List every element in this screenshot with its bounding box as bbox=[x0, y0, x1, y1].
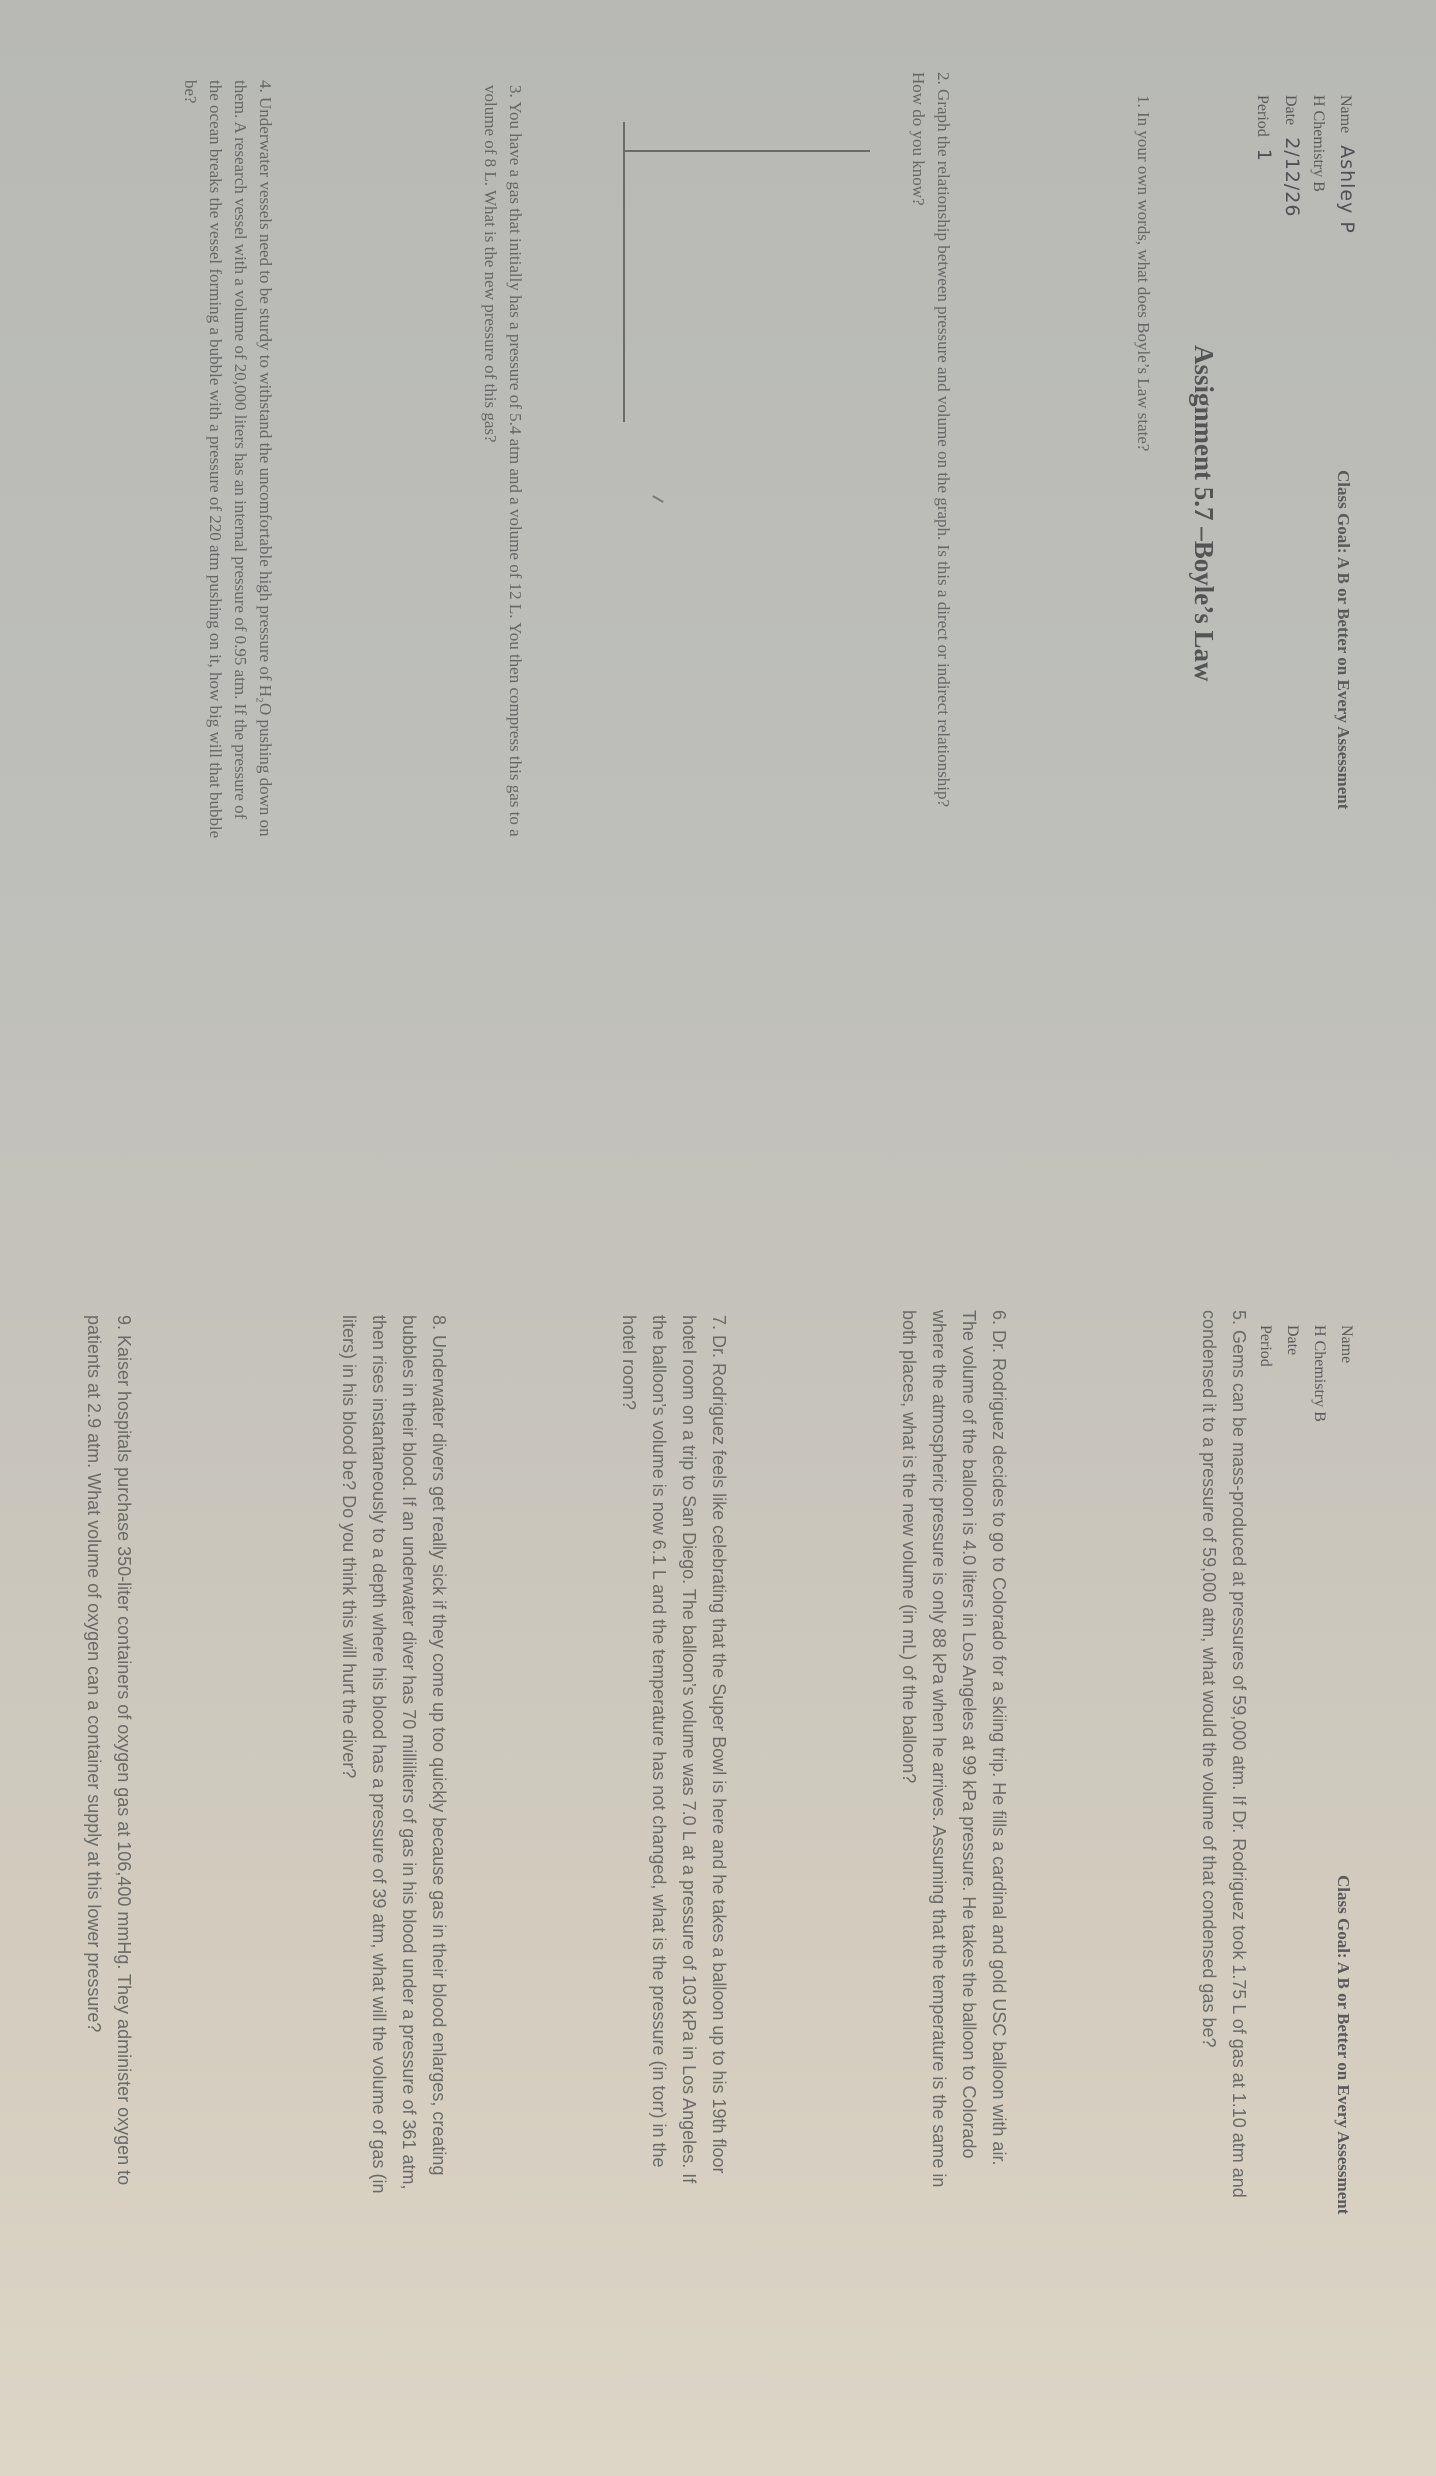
right-course-label: H Chemistry B bbox=[1306, 1325, 1333, 1422]
right-name-label: Name bbox=[1333, 1325, 1360, 1422]
graph-y-axis bbox=[625, 150, 870, 152]
question-3: 3. You have a gas that initially has a p… bbox=[478, 85, 528, 837]
question-9: 9. Kaiser hospitals purchase 350-liter c… bbox=[79, 1315, 139, 2185]
period-label: Period bbox=[1254, 95, 1271, 137]
assignment-title: Assignment 5.7 –Boyle’s Law bbox=[1191, 345, 1216, 682]
question-6: 6. Dr. Rodriguez decides to go to Colora… bbox=[894, 1310, 1014, 2187]
question-4: 4. Underwater vessels need to be sturdy … bbox=[178, 80, 278, 838]
date-line: Date 2/12/26 bbox=[1277, 95, 1305, 234]
right-header: Name H Chemistry B Date Period bbox=[1252, 1325, 1360, 1422]
course-label: H Chemistry B bbox=[1305, 95, 1332, 234]
worksheet-photo: Name Ashley P H Chemistry B Date 2/12/26… bbox=[0, 0, 1436, 2476]
question-7: 7. Dr. Rodriguez feels like celebrating … bbox=[614, 1315, 734, 2183]
period-line: Period 1 bbox=[1249, 95, 1277, 234]
question-1: 1. In your own words, what does Boyle’s … bbox=[1131, 95, 1156, 451]
right-date-label: Date bbox=[1279, 1325, 1306, 1422]
name-label: Name bbox=[1337, 95, 1354, 133]
pencil-mark bbox=[652, 495, 663, 503]
left-header: Name Ashley P H Chemistry B Date 2/12/26… bbox=[1249, 95, 1360, 234]
question-5: 5. Gems can be mass-produced at pressure… bbox=[1194, 1310, 1254, 2198]
graph-x-axis bbox=[623, 122, 625, 422]
handwritten-date: 2/12/26 bbox=[1281, 137, 1303, 217]
left-class-goal: Class Goal: A B or Better on Every Asses… bbox=[1331, 470, 1356, 809]
question-2: 2. Graph the relationship between pressu… bbox=[906, 72, 956, 807]
date-label: Date bbox=[1282, 95, 1299, 125]
handwritten-name: Ashley P bbox=[1336, 145, 1358, 234]
name-line: Name Ashley P bbox=[1332, 95, 1360, 234]
handwritten-period: 1 bbox=[1253, 149, 1275, 162]
question-8: 8. Underwater divers get really sick if … bbox=[334, 1315, 454, 2194]
right-class-goal: Class Goal: A B or Better on Every Asses… bbox=[1331, 1875, 1356, 2214]
right-period-label: Period bbox=[1252, 1325, 1279, 1422]
